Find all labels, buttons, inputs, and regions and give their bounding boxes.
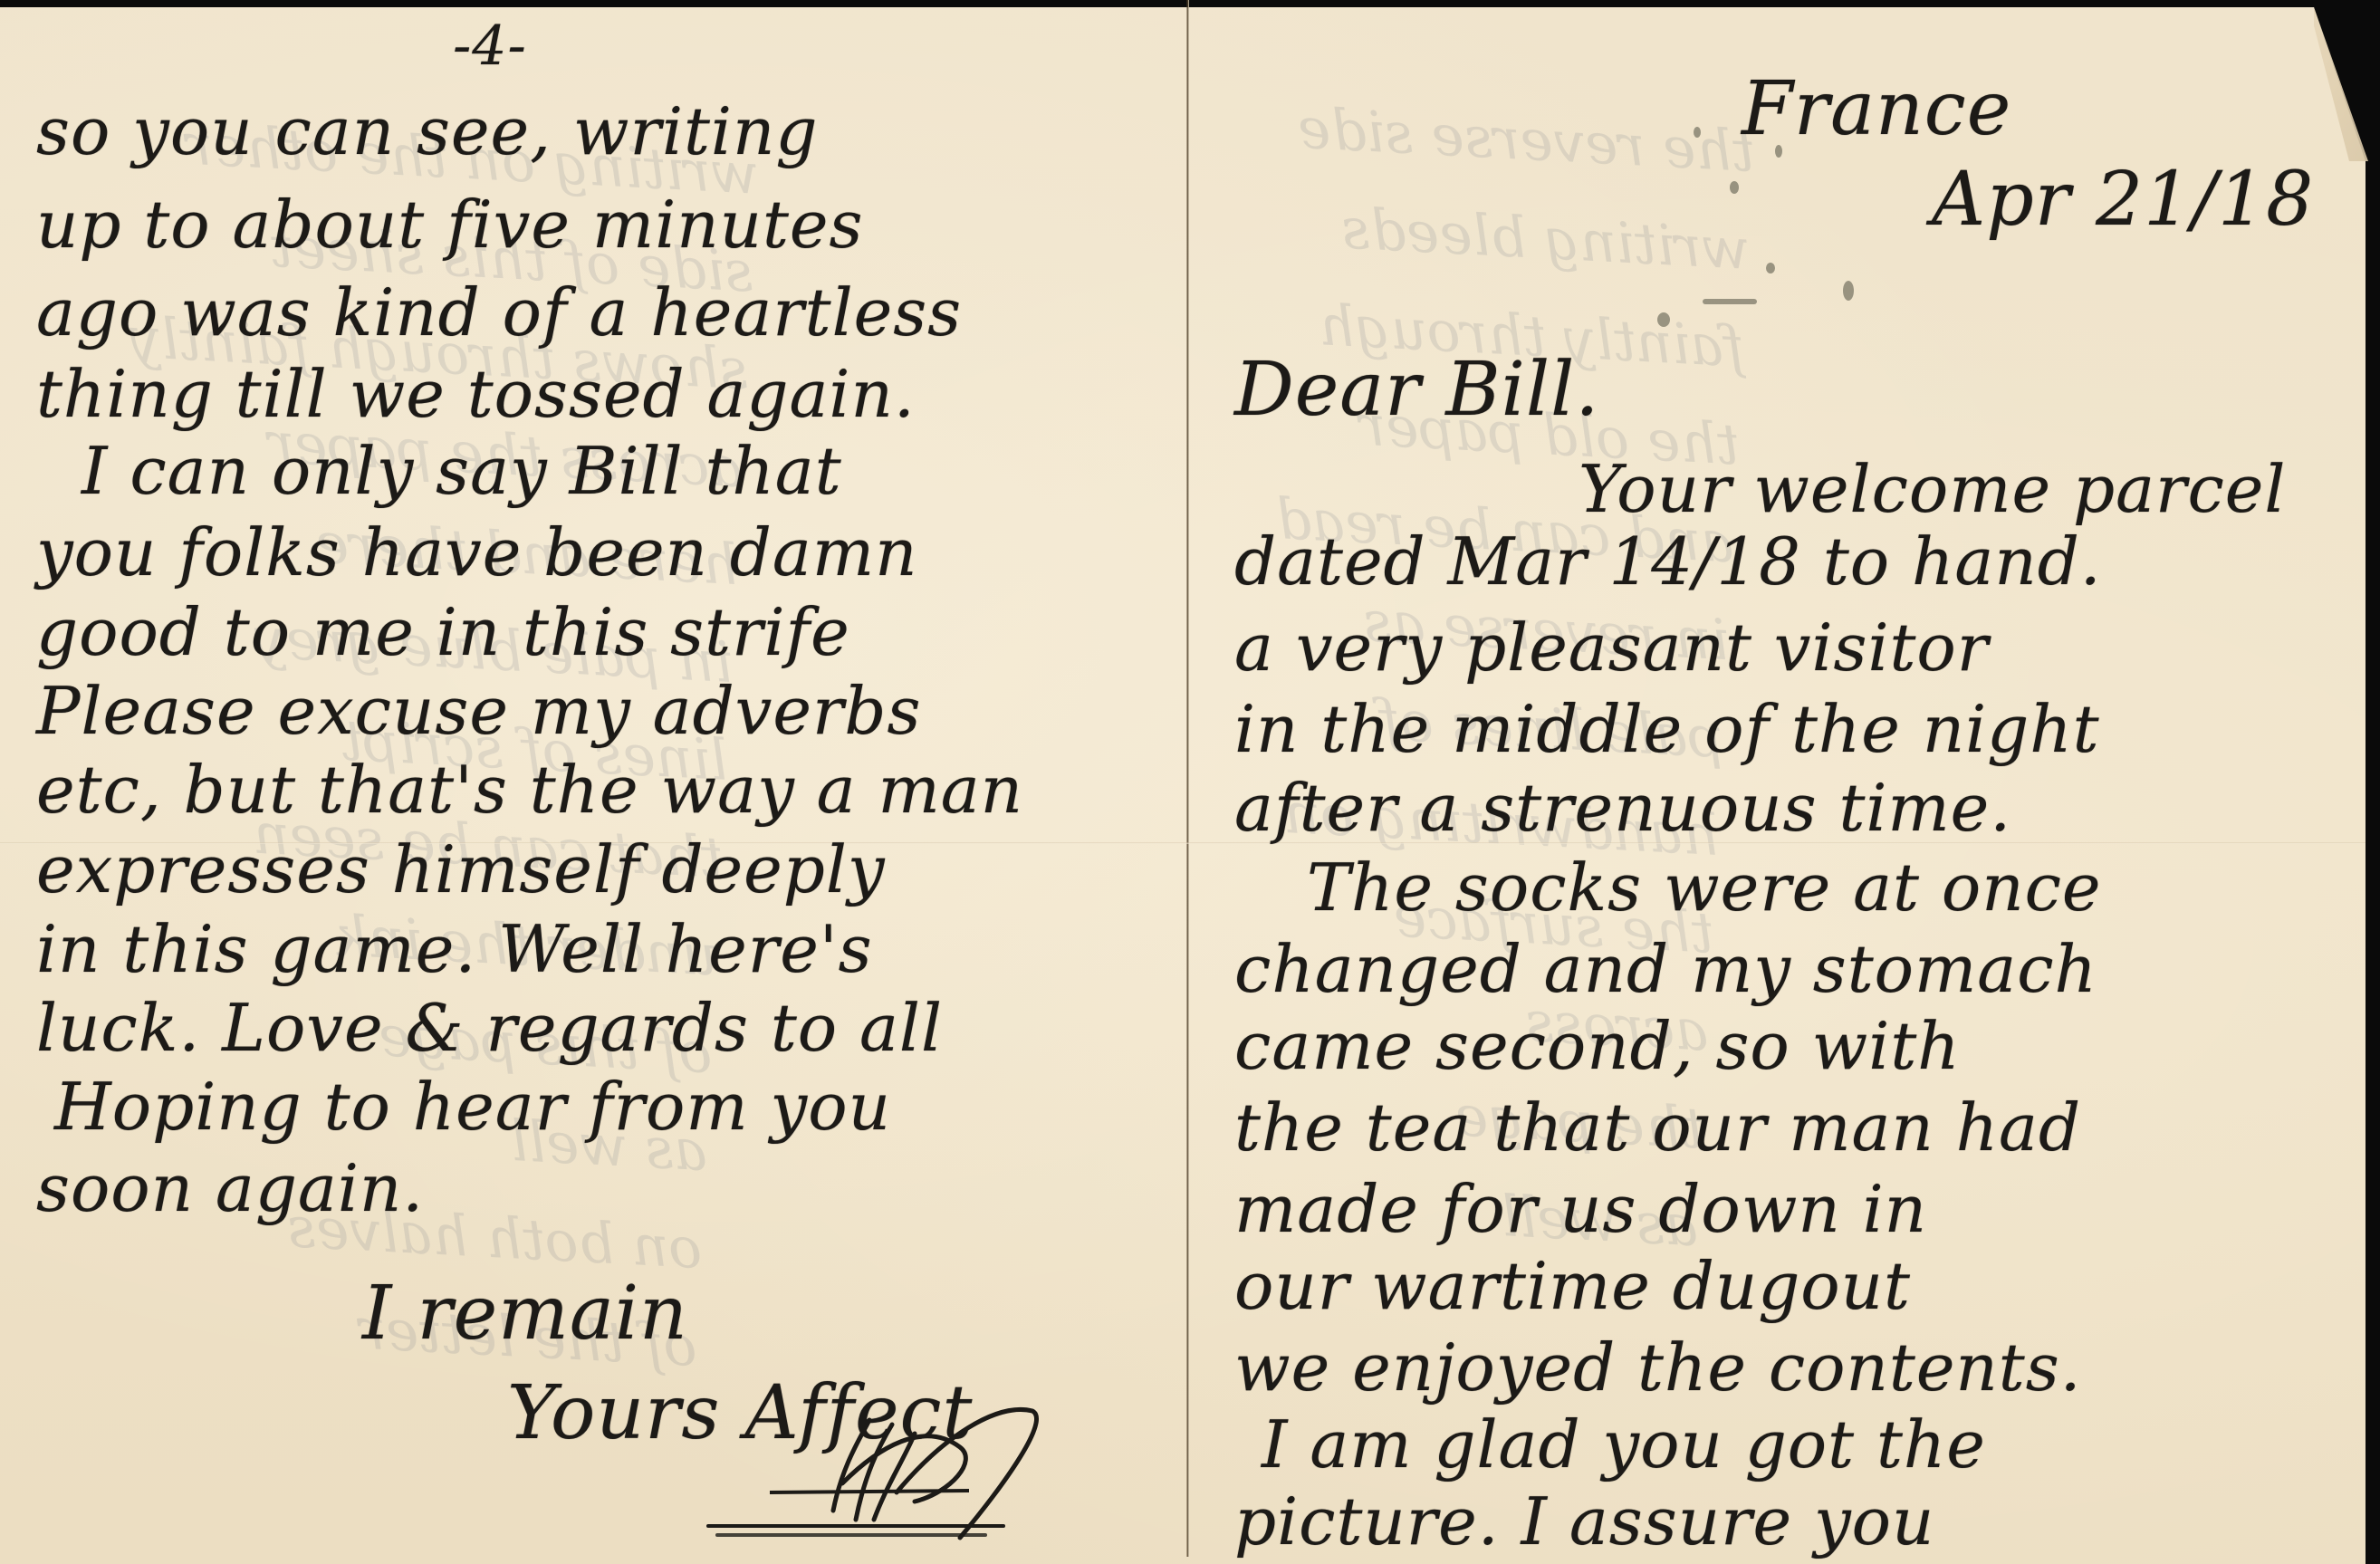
letter-line: luck. Love & regards to all xyxy=(36,990,943,1066)
letter-line: after a strenuous time. xyxy=(1234,770,2011,846)
letter-line: our wartime dugout xyxy=(1234,1248,1911,1324)
letter-place: France xyxy=(1742,66,2011,152)
closing-remain: I remain xyxy=(362,1271,688,1357)
signature-underline xyxy=(715,1533,987,1537)
letter-line: soon again. xyxy=(36,1150,424,1226)
salutation: Dear Bill. xyxy=(1234,347,1599,433)
letter-line: etc, but that's the way a man xyxy=(36,752,1023,828)
letter-line: we enjoyed the contents. xyxy=(1234,1329,2082,1406)
letter-line: The socks were at once xyxy=(1307,849,2102,926)
letter-line: Your welcome parcel xyxy=(1579,451,2286,527)
letter-line: made for us down in xyxy=(1234,1171,1927,1247)
letter-line: a very pleasant visitor xyxy=(1234,609,1989,686)
letter-line: good to me in this strife xyxy=(36,594,850,670)
letter-line: changed and my stomach xyxy=(1234,931,2097,1007)
letter-line: Hoping to hear from you xyxy=(54,1069,891,1145)
letter-line: up to about five minutes xyxy=(36,187,863,263)
letter-line: so you can see, writing xyxy=(36,93,818,169)
letter-line: I am glad you got the xyxy=(1262,1406,1986,1482)
page-one: France Apr 21/18 Dear Bill. Your welcome… xyxy=(1189,7,2366,1564)
letter-line: in this game. Well here's xyxy=(36,911,873,987)
letter-date: Apr 21/18 xyxy=(1932,157,2314,243)
letter-line: thing till we tossed again. xyxy=(36,356,916,432)
letter-line: the tea that our man had xyxy=(1234,1089,2081,1166)
letter-line: Please excuse my adverbs xyxy=(36,673,921,749)
letter-line: dated Mar 14/18 to hand. xyxy=(1234,523,2102,600)
letter-line: in the middle of the night xyxy=(1234,691,2100,767)
letter-line: you folks have been damn xyxy=(36,514,917,590)
page-number: -4- xyxy=(453,14,527,78)
signature-underline xyxy=(706,1524,1005,1528)
letter-line: expresses himself deeply xyxy=(36,831,886,907)
letter-line: ago was kind of a heartless xyxy=(36,274,962,350)
letter-line: picture. I assure you xyxy=(1234,1483,1934,1559)
page-four: -4- so you can see, writing up to about … xyxy=(0,7,1186,1564)
letter-line: I can only say Bill that xyxy=(82,433,842,509)
signature-icon xyxy=(688,1384,1069,1564)
letter-line: came second, so with xyxy=(1234,1008,1961,1084)
